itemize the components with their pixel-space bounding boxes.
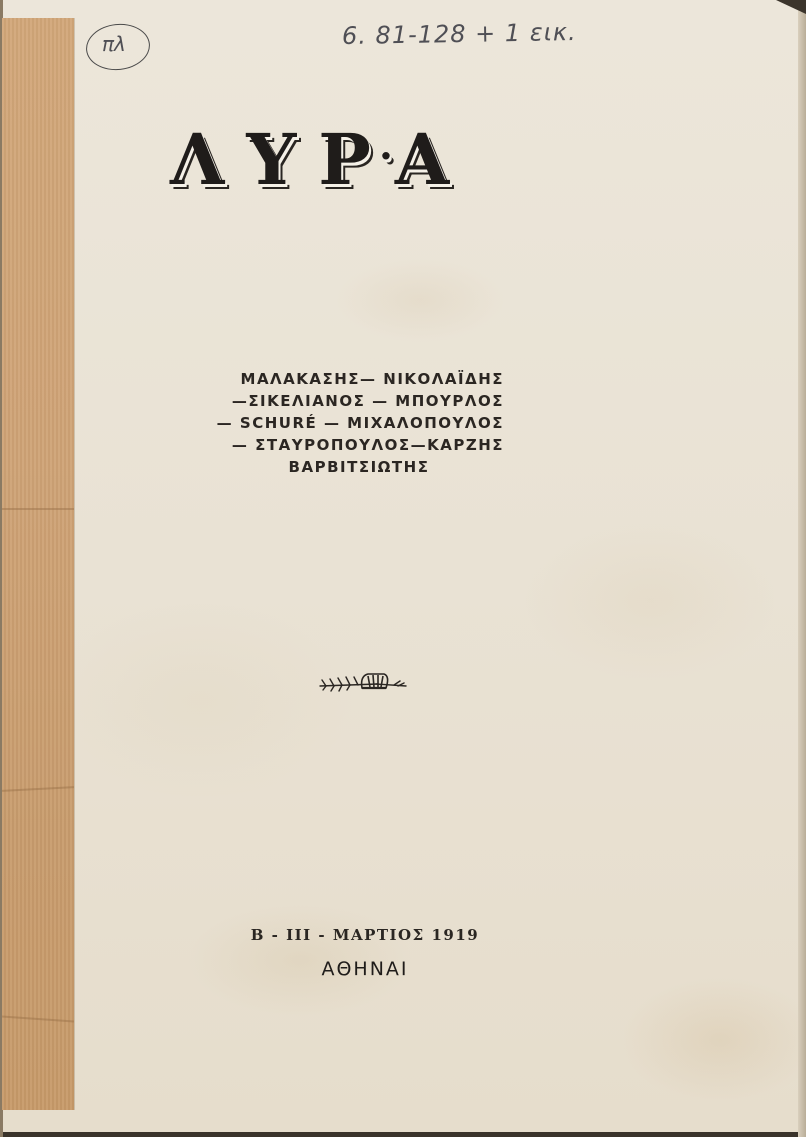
contributors-line: ΒΑΡΒΙΤΣΙΩΤΗΣ	[200, 456, 520, 478]
contributors-list: ΜΑΛΑΚΑΣΗΣ— ΝΙΚΟΛΑΪΔΗΣ —ΣΙΚΕΛΙΑΝΟΣ — ΜΠΟΥ…	[200, 368, 520, 478]
publication-city: ΑΘΗΝΑΙ	[200, 958, 530, 980]
page-corner-dark	[776, 0, 806, 14]
title-letter: Υ	[246, 118, 318, 201]
magazine-title: ΛΥΡ·Α	[170, 118, 550, 201]
tape-crease	[2, 1015, 74, 1022]
magazine-cover-page: πλ 6. 81-128 + 1 εικ. ΛΥΡ·Α ΜΑΛΑΚΑΣΗΣ— Ν…	[0, 0, 806, 1137]
contributors-line: — ΣΤΑΥΡΟΠΟΥΛΟΣ—ΚΑΡΖΗΣ	[200, 434, 520, 456]
title-letter: Α	[395, 118, 471, 201]
title-letter: Λ	[170, 118, 246, 201]
tape-crease	[2, 508, 74, 510]
contributors-line: — SCHURÉ — ΜΙΧΑΛΟΠΟΥΛΟΣ	[200, 412, 520, 434]
contributors-line: —ΣΙΚΕΛΙΑΝΟΣ — ΜΠΟΥΡΛΟΣ	[200, 390, 520, 412]
title-dot: ·	[379, 133, 393, 180]
page-right-edge	[798, 0, 806, 1137]
binding-tape	[2, 18, 74, 1110]
contributors-line: ΜΑΛΑΚΑΣΗΣ— ΝΙΚΟΛΑΪΔΗΣ	[200, 368, 520, 390]
lyre-laurel-ornament-icon	[318, 670, 410, 694]
issue-date-line: Β - ΙΙΙ - ΜΑΡΤΙΟΣ 1919	[200, 926, 530, 944]
tape-crease	[2, 786, 74, 792]
handwritten-circled-note: πλ	[102, 32, 126, 56]
handwritten-page-reference: 6. 81-128 + 1 εικ.	[342, 18, 577, 50]
